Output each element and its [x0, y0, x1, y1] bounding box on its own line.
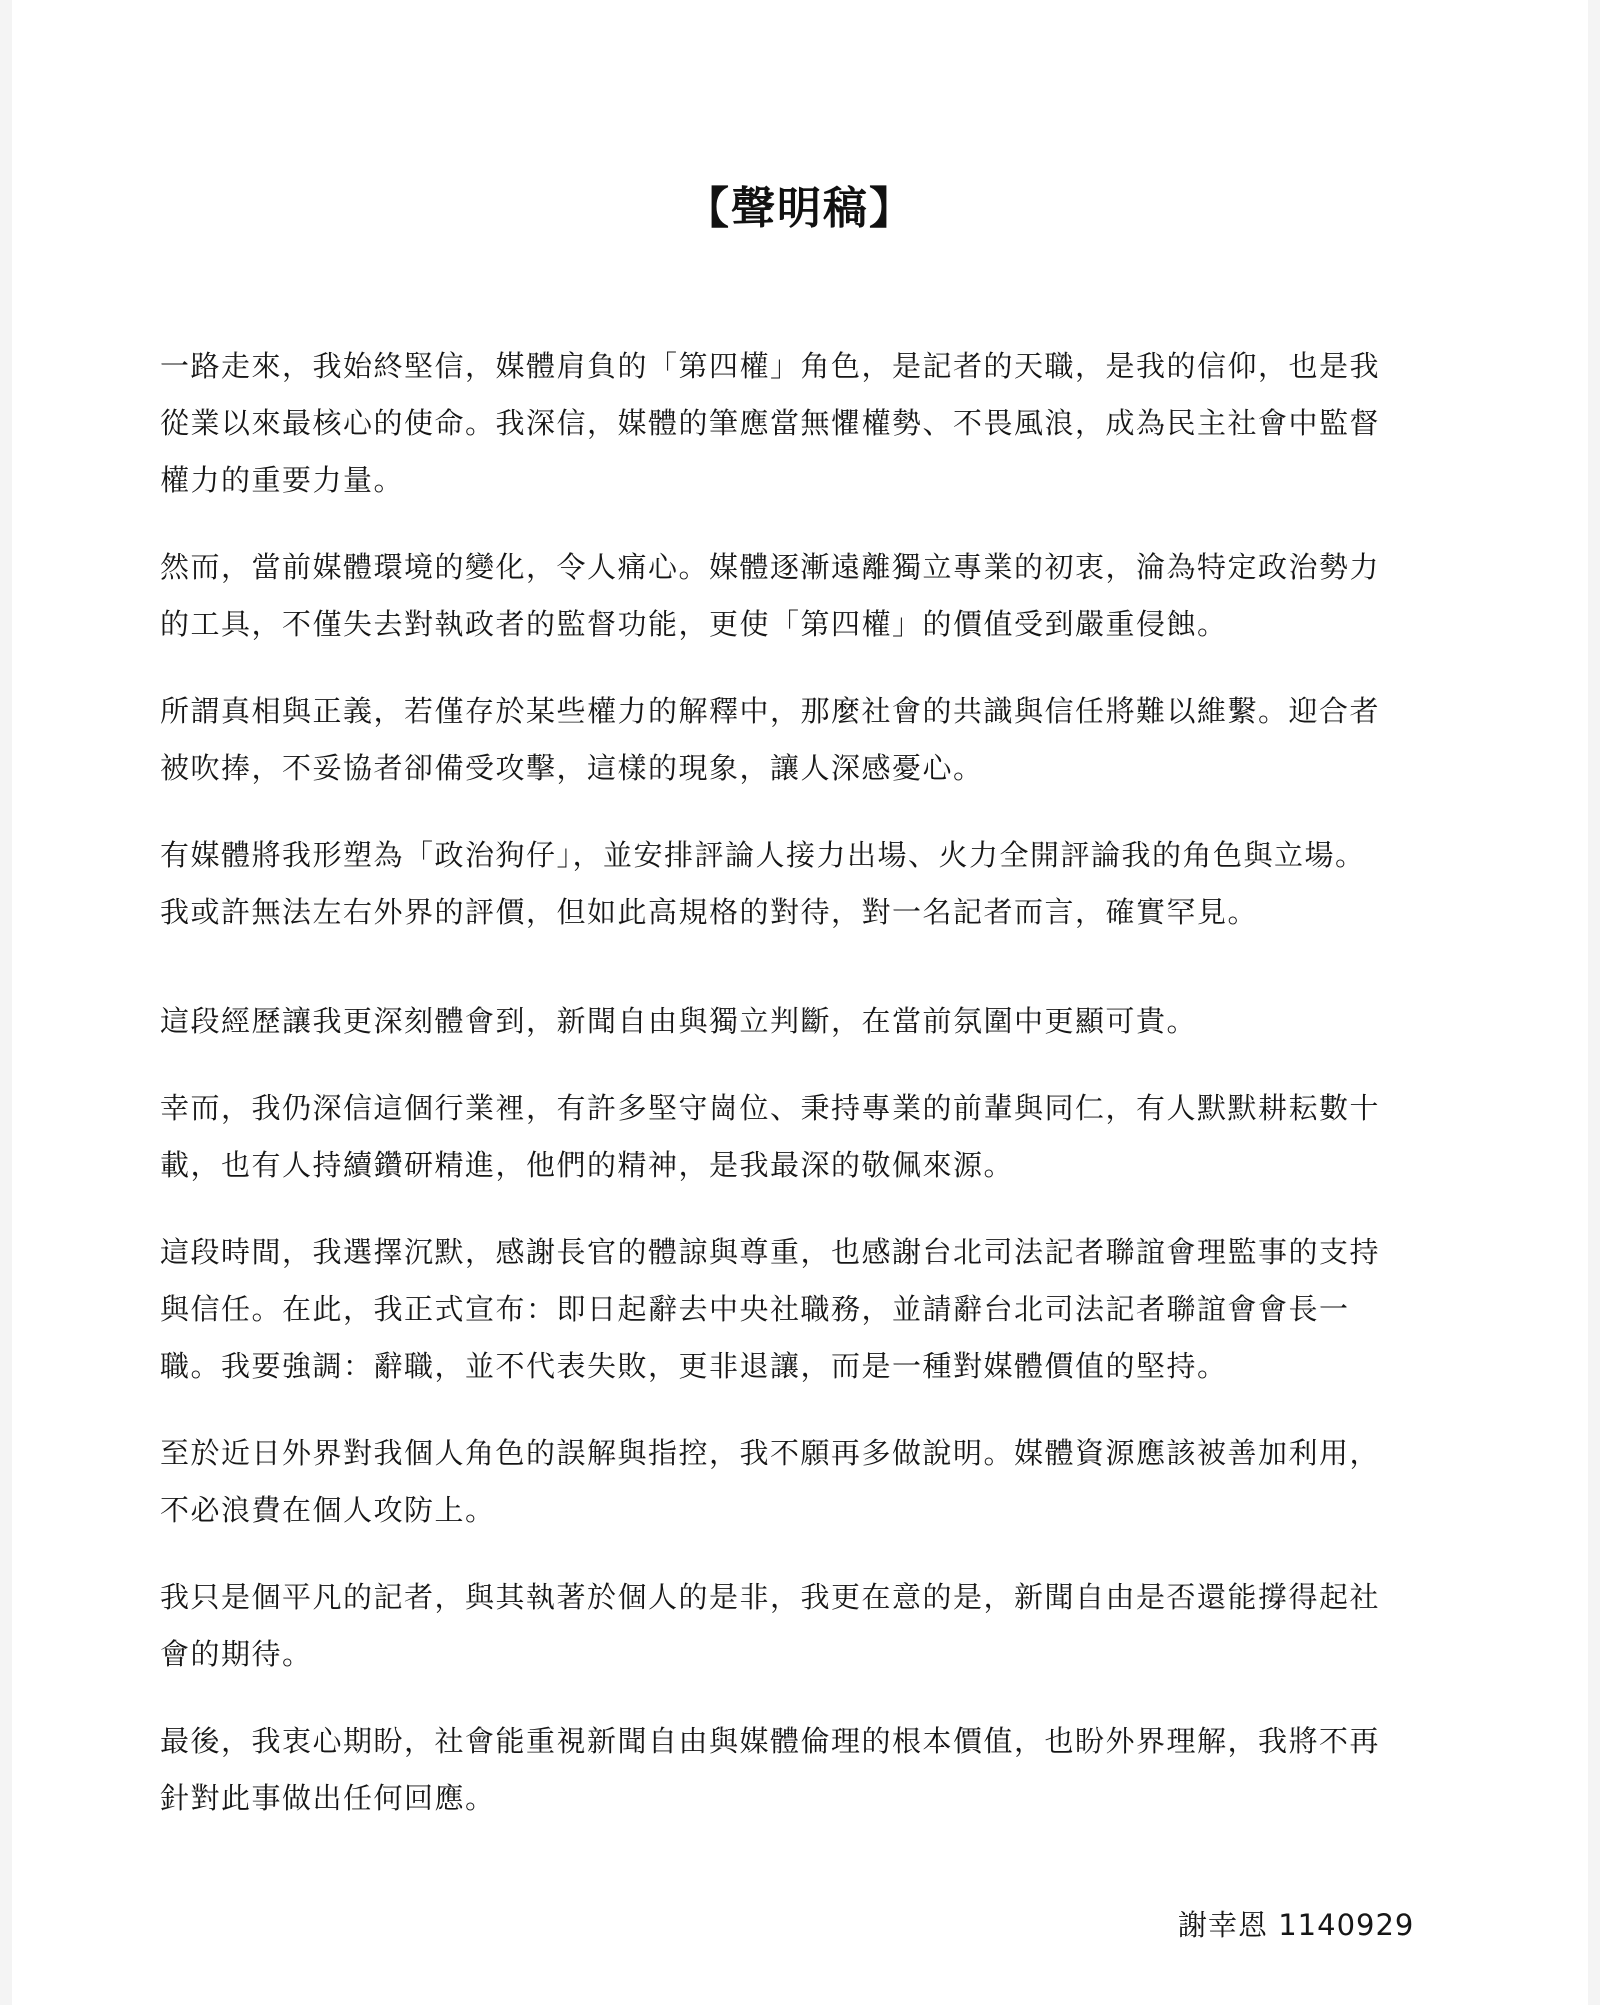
paragraph-line: 從業以來最核心的使命。我深信，媒體的筆應當無懼權勢、不畏風浪，成為民主社會中監督 [160, 395, 1440, 452]
paragraph-4: 有媒體將我形塑為「政治狗仔」，並安排評論人接力出場、火力全開評論我的角色與立場。… [160, 827, 1440, 941]
paragraph-line: 被吹捧，不妥協者卻備受攻擊，這樣的現象，讓人深感憂心。 [160, 740, 1440, 797]
paragraph-line: 幸而，我仍深信這個行業裡，有許多堅守崗位、秉持專業的前輩與同仁，有人默默耕耘數十 [160, 1080, 1440, 1137]
paragraph-7: 這段時間，我選擇沉默，感謝長官的體諒與尊重，也感謝台北司法記者聯誼會理監事的支持… [160, 1224, 1440, 1395]
paragraph-3: 所謂真相與正義，若僅存於某些權力的解釋中，那麼社會的共識與信任將難以維繫。迎合者… [160, 683, 1440, 797]
paragraph-line: 的工具，不僅失去對執政者的監督功能，更使「第四權」的價值受到嚴重侵蝕。 [160, 596, 1440, 653]
paragraph-2: 然而，當前媒體環境的變化，令人痛心。媒體逐漸遠離獨立專業的初衷，淪為特定政治勢力… [160, 539, 1440, 653]
paragraph-line: 一路走來，我始終堅信，媒體肩負的「第四權」角色，是記者的天職，是我的信仰，也是我 [160, 338, 1440, 395]
paragraph-line: 這段時間，我選擇沉默，感謝長官的體諒與尊重，也感謝台北司法記者聯誼會理監事的支持 [160, 1224, 1440, 1281]
paragraph-line: 最後，我衷心期盼，社會能重視新聞自由與媒體倫理的根本價值，也盼外界理解，我將不再 [160, 1713, 1440, 1770]
paragraph-1: 一路走來，我始終堅信，媒體肩負的「第四權」角色，是記者的天職，是我的信仰，也是我… [160, 338, 1440, 509]
paragraph-line: 我或許無法左右外界的評價，但如此高規格的對待，對一名記者而言，確實罕見。 [160, 884, 1440, 941]
paragraph-9: 我只是個平凡的記者，與其執著於個人的是非，我更在意的是，新聞自由是否還能撐得起社… [160, 1569, 1440, 1683]
paragraph-5: 這段經歷讓我更深刻體會到，新聞自由與獨立判斷，在當前氛圍中更顯可貴。 [160, 993, 1440, 1050]
paragraph-line: 至於近日外界對我個人角色的誤解與指控，我不願再多做說明。媒體資源應該被善加利用， [160, 1425, 1440, 1482]
paragraph-line: 針對此事做出任何回應。 [160, 1770, 1440, 1827]
paragraph-10: 最後，我衷心期盼，社會能重視新聞自由與媒體倫理的根本價值，也盼外界理解，我將不再… [160, 1713, 1440, 1827]
paragraph-line: 然而，當前媒體環境的變化，令人痛心。媒體逐漸遠離獨立專業的初衷，淪為特定政治勢力 [160, 539, 1440, 596]
paragraph-line: 這段經歷讓我更深刻體會到，新聞自由與獨立判斷，在當前氛圍中更顯可貴。 [160, 993, 1440, 1050]
signature-and-date: 謝幸恩 1140929 [1178, 1903, 1414, 1944]
paragraph-line: 權力的重要力量。 [160, 452, 1440, 509]
paragraph-8: 至於近日外界對我個人角色的誤解與指控，我不願再多做說明。媒體資源應該被善加利用，… [160, 1425, 1440, 1539]
paragraph-6: 幸而，我仍深信這個行業裡，有許多堅守崗位、秉持專業的前輩與同仁，有人默默耕耘數十… [160, 1080, 1440, 1194]
paragraph-line: 有媒體將我形塑為「政治狗仔」，並安排評論人接力出場、火力全開評論我的角色與立場。 [160, 827, 1440, 884]
paragraph-line: 所謂真相與正義，若僅存於某些權力的解釋中，那麼社會的共識與信任將難以維繫。迎合者 [160, 683, 1440, 740]
paragraph-line: 載，也有人持續鑽研精進，他們的精神，是我最深的敬佩來源。 [160, 1137, 1440, 1194]
paragraph-line: 不必浪費在個人攻防上。 [160, 1482, 1440, 1539]
paragraph-line: 我只是個平凡的記者，與其執著於個人的是非，我更在意的是，新聞自由是否還能撐得起社 [160, 1569, 1440, 1626]
statement-body: 一路走來，我始終堅信，媒體肩負的「第四權」角色，是記者的天職，是我的信仰，也是我… [160, 338, 1440, 1827]
paragraph-line: 與信任。在此，我正式宣布：即日起辭去中央社職務，並請辭台北司法記者聯誼會會長一 [160, 1281, 1440, 1338]
paragraph-line: 職。我要強調：辭職，並不代表失敗，更非退讓，而是一種對媒體價值的堅持。 [160, 1338, 1440, 1395]
document-title: 【聲明稿】 [0, 172, 1600, 236]
paragraph-line: 會的期待。 [160, 1626, 1440, 1683]
